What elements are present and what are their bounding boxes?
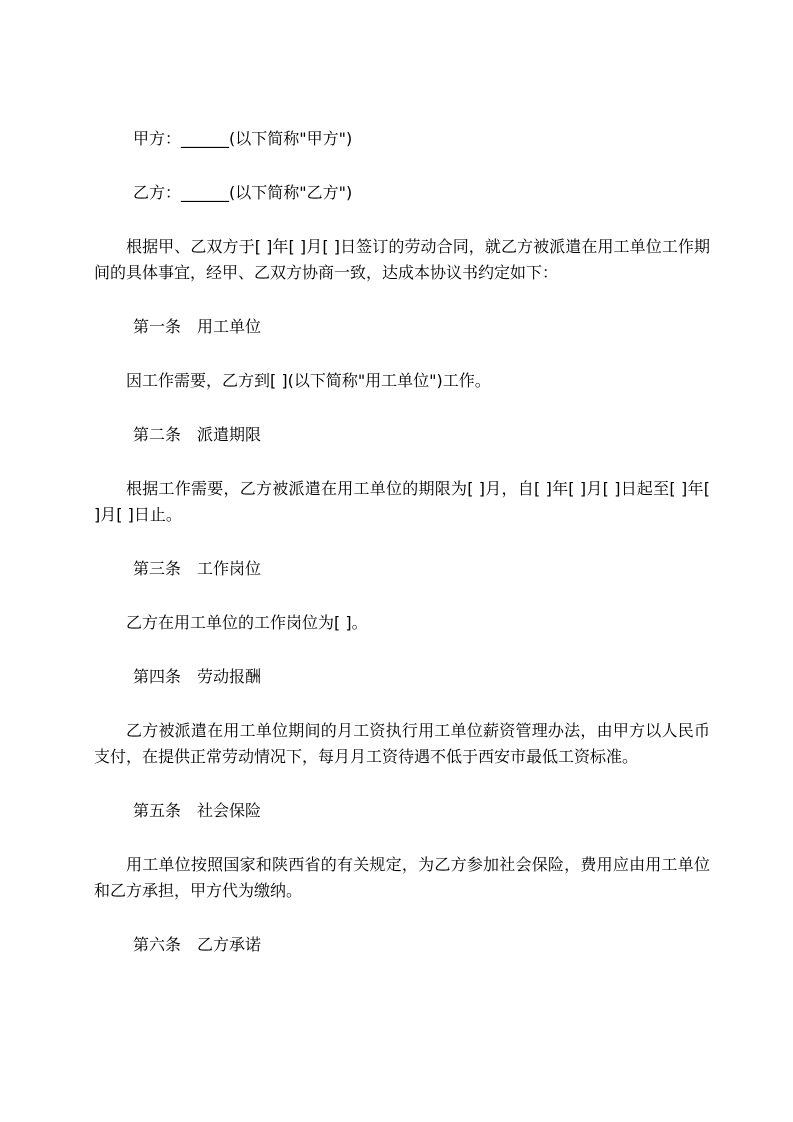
clause-1-body: 因工作需要，乙方到[ ](以下简称"用工单位")工作。 xyxy=(94,368,710,394)
clause-5-body: 用工单位按照国家和陕西省的有关规定，为乙方参加社会保险，费用应由用工单位和乙方承… xyxy=(94,852,710,904)
clause-2-heading: 第二条 派遣期限 xyxy=(94,422,710,448)
agreement-body: 甲方：______(以下简称"甲方") 乙方：______(以下简称"乙方") … xyxy=(94,126,710,958)
party-a-line: 甲方：______(以下简称"甲方") xyxy=(94,126,710,152)
clause-3-heading: 第三条 工作岗位 xyxy=(94,556,710,582)
document-page: 甲方：______(以下简称"甲方") 乙方：______(以下简称"乙方") … xyxy=(0,0,793,1122)
party-b-line: 乙方：______(以下简称"乙方") xyxy=(94,180,710,206)
clause-3-body: 乙方在用工单位的工作岗位为[ ]。 xyxy=(94,610,710,636)
clause-1-heading: 第一条 用工单位 xyxy=(94,314,710,340)
clause-4-body: 乙方被派遣在用工单位期间的月工资执行用工单位薪资管理办法，由甲方以人民币支付，在… xyxy=(94,718,710,770)
clause-5-heading: 第五条 社会保险 xyxy=(94,798,710,824)
preamble-paragraph: 根据甲、乙双方于[ ]年[ ]月[ ]日签订的劳动合同，就乙方被派遣在用工单位工… xyxy=(94,234,710,286)
clause-6-heading: 第六条 乙方承诺 xyxy=(94,932,710,958)
clause-2-body: 根据工作需要，乙方被派遣在用工单位的期限为[ ]月，自[ ]年[ ]月[ ]日起… xyxy=(94,476,710,528)
clause-4-heading: 第四条 劳动报酬 xyxy=(94,664,710,690)
